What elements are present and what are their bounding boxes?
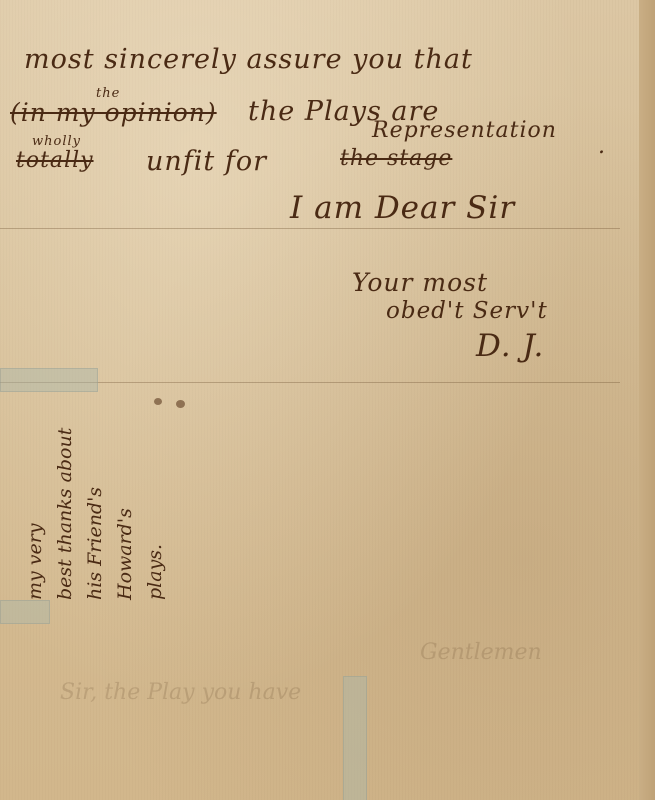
tape-strip: [343, 676, 367, 800]
letter-line-1: most sincerely assure you that: [24, 44, 473, 75]
margin-note-line: plays.: [140, 428, 170, 600]
struck-phrase: (in my opinion): [10, 98, 217, 127]
bleed-through-text: Gentlemen: [420, 640, 542, 665]
margin-note-line: Howard's: [110, 428, 140, 600]
paper-edge: [639, 0, 655, 800]
closing-line-3: obed't Serv't: [386, 298, 548, 324]
margin-note: my very best thanks about his Friend's H…: [20, 428, 170, 600]
ink-stain: [154, 398, 162, 405]
closing-line-2: Your most: [352, 268, 488, 297]
insertion-wholly: wholly: [32, 134, 81, 149]
period: .: [598, 134, 606, 159]
insertion-representation: Representation: [372, 118, 557, 143]
bleed-through-text: Sir, the Play you have: [60, 680, 301, 705]
struck-phrase: the stage: [340, 146, 452, 171]
tape-strip: [0, 600, 50, 624]
closing-line-1: I am Dear Sir: [290, 190, 515, 226]
margin-note-line: best thanks about: [50, 428, 80, 600]
fold-line: [0, 228, 620, 229]
manuscript-page: Gentlemen Sir, the Play you have most si…: [0, 0, 655, 800]
signature: D. J.: [476, 328, 544, 364]
letter-line-3: unfit for: [146, 146, 267, 177]
ink-stain: [176, 400, 185, 408]
margin-note-line: his Friend's: [80, 428, 110, 600]
tape-strip: [0, 368, 98, 392]
margin-note-line: my very: [20, 428, 50, 600]
struck-word: totally: [16, 148, 94, 173]
